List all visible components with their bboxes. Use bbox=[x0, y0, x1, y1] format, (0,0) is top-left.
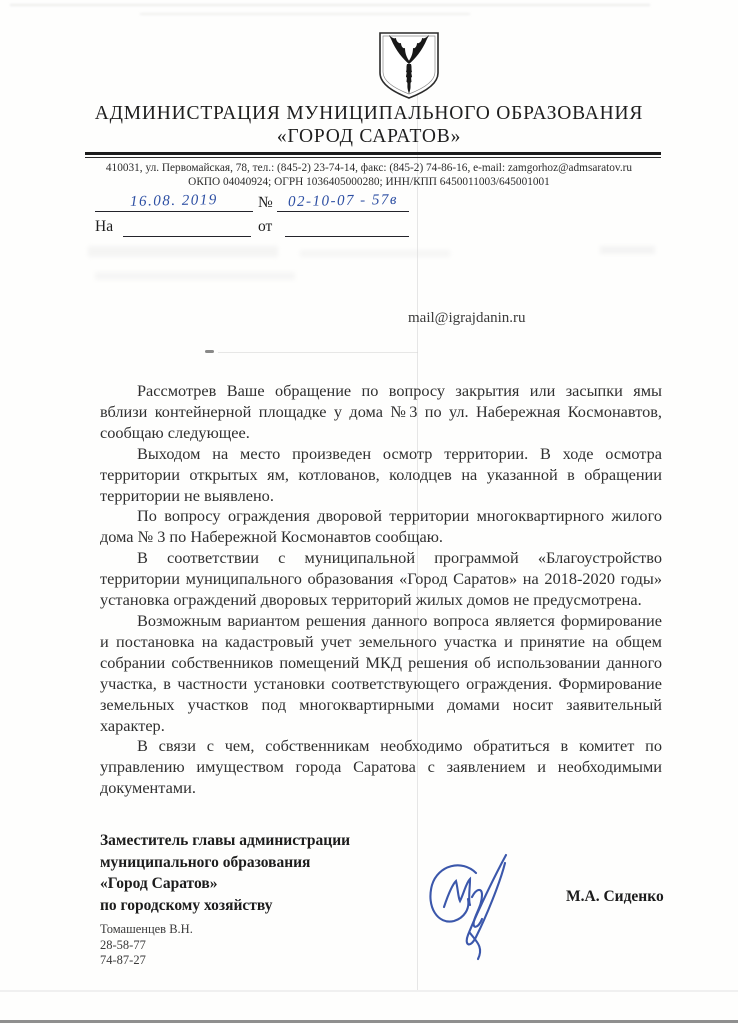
body-paragraph: По вопросу ограждения дворовой территори… bbox=[100, 506, 662, 548]
ot-label: от bbox=[258, 218, 272, 236]
executor-name: Томашенцев В.Н. bbox=[100, 922, 193, 938]
letterhead-org-title: АДМИНИСТРАЦИЯ МУНИЦИПАЛЬНОГО ОБРАЗОВАНИЯ… bbox=[0, 102, 738, 148]
scanned-letter-page: АДМИНИСТРАЦИЯ МУНИЦИПАЛЬНОГО ОБРАЗОВАНИЯ… bbox=[0, 0, 738, 1024]
signature-position-line: Заместитель главы администрации bbox=[100, 830, 410, 852]
ink-smudge bbox=[205, 350, 214, 353]
signer-name: М.А. Сиденко bbox=[566, 888, 664, 906]
reference-row-na-ot: На от bbox=[95, 217, 425, 242]
body-paragraph: В соответствии с муниципальной программо… bbox=[100, 548, 662, 611]
signature-position-block: Заместитель главы администрациимуниципал… bbox=[100, 830, 410, 916]
executor-phone-1: 28-58-77 bbox=[100, 938, 193, 954]
body-paragraph: Возможным вариантом решения данного вопр… bbox=[100, 611, 662, 736]
ot-field-empty bbox=[285, 217, 409, 237]
handwritten-number: 02-10-07 - 57в bbox=[288, 192, 398, 211]
divider-thin-line bbox=[85, 157, 661, 158]
reference-block: 16.08. 2019 № 02-10-07 - 57в На от bbox=[95, 192, 425, 242]
letterhead-contacts: 410031, ул. Первомайская, 78, тел.: (845… bbox=[60, 162, 678, 189]
body-paragraph: В связи с чем, собственникам необходимо … bbox=[100, 736, 662, 799]
contact-registry-line: ОКПО 04040924; ОГРН 1036405000280; ИНН/К… bbox=[60, 176, 678, 190]
redacted-text-smudge bbox=[600, 246, 655, 254]
redacted-text-smudge bbox=[88, 246, 278, 257]
handwritten-date: 16.08. 2019 bbox=[130, 192, 218, 211]
letter-body: Рассмотрев Ваше обращение по вопросу зак… bbox=[100, 381, 662, 799]
divider-thick-line bbox=[85, 152, 661, 155]
contact-address-line: 410031, ул. Первомайская, 78, тел.: (845… bbox=[60, 162, 678, 176]
executor-phone-2: 74-87-27 bbox=[100, 953, 193, 969]
faint-line-smudge bbox=[218, 352, 418, 353]
org-name-line1: АДМИНИСТРАЦИЯ МУНИЦИПАЛЬНОГО ОБРАЗОВАНИЯ bbox=[0, 102, 738, 125]
scan-artifact-streak bbox=[0, 990, 738, 992]
redacted-text-smudge bbox=[300, 250, 450, 257]
reference-row-date-number: 16.08. 2019 № 02-10-07 - 57в bbox=[95, 192, 425, 217]
signature-position-line: муниципального образования bbox=[100, 852, 410, 874]
scan-artifact-streak bbox=[10, 4, 650, 6]
number-sign-label: № bbox=[258, 194, 273, 212]
letterhead-divider bbox=[85, 152, 661, 158]
number-field: 02-10-07 - 57в bbox=[277, 192, 409, 212]
recipient-email: mail@igrajdanin.ru bbox=[408, 310, 526, 327]
signature-position-line: по городскому хозяйству bbox=[100, 895, 410, 917]
body-paragraph: Выходом на место произведен осмотр терри… bbox=[100, 444, 662, 507]
body-paragraph: Рассмотрев Ваше обращение по вопросу зак… bbox=[100, 381, 662, 444]
handwritten-signature bbox=[412, 833, 517, 961]
na-field-empty bbox=[123, 217, 251, 237]
signature-position-line: «Город Саратов» bbox=[100, 873, 410, 895]
scan-artifact-streak bbox=[140, 13, 470, 15]
executor-footer: Томашенцев В.Н. 28-58-77 74-87-27 bbox=[100, 922, 193, 969]
na-label: На bbox=[95, 218, 113, 236]
saratov-coat-of-arms-icon bbox=[376, 31, 442, 101]
redacted-text-smudge bbox=[95, 272, 295, 280]
org-name-line2: «ГОРОД САРАТОВ» bbox=[0, 125, 738, 148]
scan-bottom-edge bbox=[0, 1020, 738, 1023]
date-field: 16.08. 2019 bbox=[95, 192, 253, 212]
